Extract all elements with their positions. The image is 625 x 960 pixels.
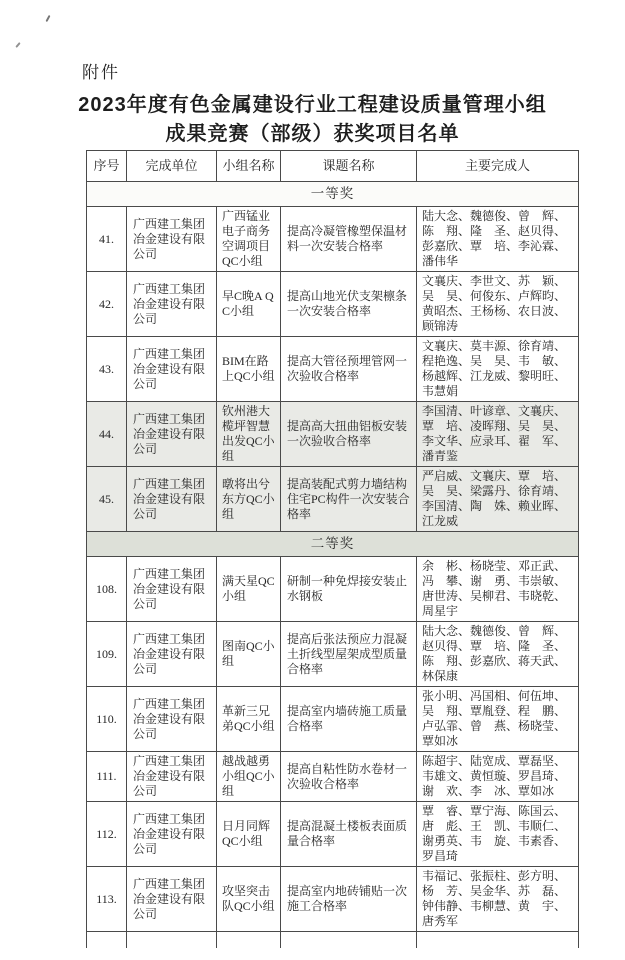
empty-cell xyxy=(281,932,417,949)
cell-people: 陆大念、魏德俊、曾 辉、赵贝得、覃 培、隆 圣、陈 翔、彭嘉欣、蒋天武、林保康 xyxy=(417,622,579,687)
cell-unit: 广西建工集团冶金建设有限公司 xyxy=(127,272,217,337)
cell-topic: 研制一种免焊接安装止水钢板 xyxy=(281,557,417,622)
cell-unit: 广西建工集团冶金建设有限公司 xyxy=(127,867,217,932)
cell-unit: 广西建工集团冶金建设有限公司 xyxy=(127,337,217,402)
cell-no: 41. xyxy=(87,207,127,272)
cell-unit: 广西建工集团冶金建设有限公司 xyxy=(127,557,217,622)
cell-no: 110. xyxy=(87,687,127,752)
section-band-label: 一等奖 xyxy=(87,182,579,207)
cell-no: 45. xyxy=(87,467,127,532)
scan-stray-mark xyxy=(45,15,50,22)
cell-unit: 广西建工集团冶金建设有限公司 xyxy=(127,752,217,802)
cell-group: 广西锰业电子商务空调项目QC小组 xyxy=(217,207,281,272)
cell-topic: 提高冷凝管橡塑保温材料一次安装合格率 xyxy=(281,207,417,272)
table-row: 42.广西建工集团冶金建设有限公司早C晚A QC小组提高山地光伏支架檩条一次安装… xyxy=(87,272,579,337)
table-row: 111.广西建工集团冶金建设有限公司越战越勇小组QC小组提高自粘性防水卷材一次验… xyxy=(87,752,579,802)
cell-topic: 提高混凝土楼板表面质量合格率 xyxy=(281,802,417,867)
cell-topic: 提高后张法预应力混凝土折线型屋架成型质量合格率 xyxy=(281,622,417,687)
table-row: 41.广西建工集团冶金建设有限公司广西锰业电子商务空调项目QC小组提高冷凝管橡塑… xyxy=(87,207,579,272)
cell-topic: 提高室内地砖铺贴一次施工合格率 xyxy=(281,867,417,932)
cell-people: 文襄庆、李世文、苏 颖、吴 昊、何俊东、卢辉昀、黄昭杰、王杨杨、农日波、顾锦涛 xyxy=(417,272,579,337)
cell-people: 覃 睿、覃宁海、陈国云、唐 彪、王 凯、韦顺仁、谢勇英、韦 旋、韦素香、罗昌琦 xyxy=(417,802,579,867)
cell-people: 张小明、冯国相、何伍坤、吴 翔、覃胤登、程 鹏、卢弘霏、曾 燕、杨晓莹、覃如冰 xyxy=(417,687,579,752)
cell-no: 112. xyxy=(87,802,127,867)
cell-people: 陈超宇、陆宽成、覃磊坚、韦雄文、黄恒璇、罗昌琦、谢 欢、李 冰、覃如冰 xyxy=(417,752,579,802)
cell-unit: 广西建工集团冶金建设有限公司 xyxy=(127,802,217,867)
cell-unit: 广西建工集团冶金建设有限公司 xyxy=(127,687,217,752)
cell-group: 满天星QC小组 xyxy=(217,557,281,622)
cell-topic: 提高高大扭曲铝板安装一次验收合格率 xyxy=(281,402,417,467)
cell-no: 111. xyxy=(87,752,127,802)
section-band-1: 一等奖 xyxy=(87,182,579,207)
cell-no: 44. xyxy=(87,402,127,467)
cell-people: 余 彬、杨晓莹、邓正武、冯 攀、谢 勇、韦崇敏、唐世涛、吴柳君、韦晓乾、周星宇 xyxy=(417,557,579,622)
col-header-group: 小组名称 xyxy=(217,151,281,182)
cell-topic: 提高自粘性防水卷材一次验收合格率 xyxy=(281,752,417,802)
table-row: 109.广西建工集团冶金建设有限公司图南QC小组提高后张法预应力混凝土折线型屋架… xyxy=(87,622,579,687)
cell-group: 早C晚A QC小组 xyxy=(217,272,281,337)
col-header-unit: 完成单位 xyxy=(127,151,217,182)
cell-topic: 提高室内墙砖施工质量合格率 xyxy=(281,687,417,752)
col-header-people: 主要完成人 xyxy=(417,151,579,182)
document-title-line2: 成果竞赛（部级）获奖项目名单 xyxy=(0,117,625,146)
cell-no: 108. xyxy=(87,557,127,622)
cell-unit: 广西建工集团冶金建设有限公司 xyxy=(127,207,217,272)
cell-unit: 广西建工集团冶金建设有限公司 xyxy=(127,402,217,467)
cell-people: 陆大念、魏德俊、曾 辉、陈 翔、隆 圣、赵贝得、彭嘉欣、覃 培、李沁霖、潘伟华 xyxy=(417,207,579,272)
table-row: 108.广西建工集团冶金建设有限公司满天星QC小组研制一种免焊接安装止水钢板余 … xyxy=(87,557,579,622)
table-row: 112.广西建工集团冶金建设有限公司日月同辉QC小组提高混凝土楼板表面质量合格率… xyxy=(87,802,579,867)
cell-no: 109. xyxy=(87,622,127,687)
empty-cell xyxy=(417,932,579,949)
cell-people: 李国清、叶谚章、文襄庆、覃 培、凌晖翔、吴 昊、李文华、应录耳、翟 军、潘青鉴 xyxy=(417,402,579,467)
cell-no: 43. xyxy=(87,337,127,402)
cell-group: BIM在路上QC小组 xyxy=(217,337,281,402)
section-band-label: 二等奖 xyxy=(87,532,579,557)
cell-no: 42. xyxy=(87,272,127,337)
cell-topic: 提高大管径预埋管网一次验收合格率 xyxy=(281,337,417,402)
attachment-label: 附件 xyxy=(82,58,120,83)
cell-group: 革新三兄弟QC小组 xyxy=(217,687,281,752)
document-title-line1: 2023年度有色金属建设行业工程建设质量管理小组 xyxy=(0,88,625,117)
section-band-2: 二等奖 xyxy=(87,532,579,557)
cell-topic: 提高装配式剪力墙结构住宅PC构件一次安装合格率 xyxy=(281,467,417,532)
cell-group: 钦州港大榄坪智慧出发QC小组 xyxy=(217,402,281,467)
award-table: 序号 完成单位 小组名称 课题名称 主要完成人 一等奖41.广西建工集团冶金建设… xyxy=(86,150,579,948)
table-row: 113.广西建工集团冶金建设有限公司攻坚突击队QC小组提高室内地砖铺贴一次施工合… xyxy=(87,867,579,932)
empty-cell xyxy=(127,932,217,949)
cell-group: 图南QC小组 xyxy=(217,622,281,687)
cell-group: 日月同辉QC小组 xyxy=(217,802,281,867)
table-row-partial xyxy=(87,932,579,949)
scanned-document-page: { "page": { "attachment_label": "附件", "t… xyxy=(0,0,625,960)
table-row: 44.广西建工集团冶金建设有限公司钦州港大榄坪智慧出发QC小组提高高大扭曲铝板安… xyxy=(87,402,579,467)
cell-unit: 广西建工集团冶金建设有限公司 xyxy=(127,622,217,687)
table-row: 45.广西建工集团冶金建设有限公司暾将出兮东方QC小组提高装配式剪力墙结构住宅P… xyxy=(87,467,579,532)
cell-group: 攻坚突击队QC小组 xyxy=(217,867,281,932)
table-header-row: 序号 完成单位 小组名称 课题名称 主要完成人 xyxy=(87,151,579,182)
cell-group: 暾将出兮东方QC小组 xyxy=(217,467,281,532)
cell-people: 韦福记、张振柱、彭方明、杨 芳、吴金华、苏 磊、钟伟静、韦柳慧、黄 宇、唐秀军 xyxy=(417,867,579,932)
cell-topic: 提高山地光伏支架檩条一次安装合格率 xyxy=(281,272,417,337)
cell-people: 严启威、文襄庆、覃 培、吴 昊、梁露丹、徐育靖、李国清、陶 姝、赖业晖、江龙威 xyxy=(417,467,579,532)
col-header-no: 序号 xyxy=(87,151,127,182)
col-header-topic: 课题名称 xyxy=(281,151,417,182)
empty-cell xyxy=(87,932,127,949)
cell-group: 越战越勇小组QC小组 xyxy=(217,752,281,802)
scan-stray-mark xyxy=(15,42,20,48)
cell-people: 文襄庆、莫丰源、徐育靖、程艳逸、吴 昊、韦 敏、杨越辉、江龙威、黎明旺、韦慧娟 xyxy=(417,337,579,402)
empty-cell xyxy=(217,932,281,949)
table-row: 110.广西建工集团冶金建设有限公司革新三兄弟QC小组提高室内墙砖施工质量合格率… xyxy=(87,687,579,752)
cell-unit: 广西建工集团冶金建设有限公司 xyxy=(127,467,217,532)
table-row: 43.广西建工集团冶金建设有限公司BIM在路上QC小组提高大管径预埋管网一次验收… xyxy=(87,337,579,402)
cell-no: 113. xyxy=(87,867,127,932)
